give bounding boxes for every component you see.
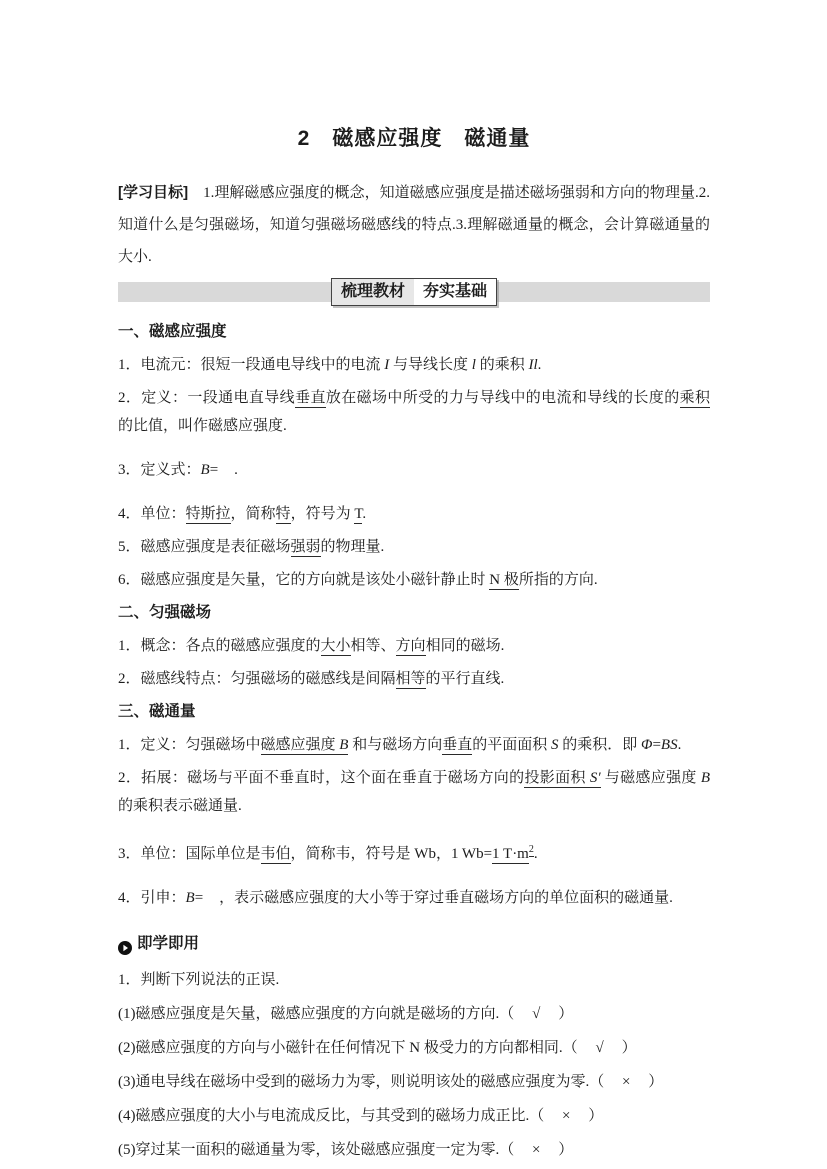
text-segment: 1 T·m [492,846,529,864]
text-segment: BS [661,737,678,753]
judgement-mark: × [619,1068,633,1096]
content-line: 4．单位：特斯拉，简称特，符号为 T. [118,500,710,528]
text-segment: 相等 [396,671,426,689]
judgement-paren-close: ） [543,1142,573,1158]
judgement-mark: √ [593,1034,607,1062]
text-segment: 垂直 [295,390,326,408]
text-segment: ，表示磁感应强度的大小等于穿过垂直磁场方向的单位面积的磁通量. [219,890,673,906]
text-segment: 5．磁感应强度是表征磁场 [118,539,291,555]
banner-label-right: 夯实基础 [414,279,496,305]
content-line: 4．引申：B=，表示磁感应强度的大小等于穿过垂直磁场方向的单位面积的磁通量. [118,884,710,912]
text-segment: . [538,357,542,373]
content-line: 2．磁感线特点：匀强磁场的磁感线是间隔相等的平行直线. [118,665,710,693]
text-segment: = [652,737,660,753]
text-segment: 的平行直线. [426,671,505,687]
text-segment: 2．定义：一段通电直导线 [118,390,295,406]
judgement-paren-close: ） [607,1040,637,1056]
text-segment: 乘积 [680,390,710,408]
text-segment: ，符号为 [291,506,355,522]
objectives-label: [学习目标] [118,184,188,201]
document-page: 2 磁感应强度 磁通量 [学习目标] 1.理解磁感应强度的概念，知道磁感应强度是… [0,0,827,1169]
text-segment: S′ [590,770,601,788]
content-line: 1．概念：各点的磁感应强度的大小相等、方向相同的磁场. [118,632,710,660]
play-circle-icon [118,937,132,951]
quick-check-intro: 1．判断下列说法的正误. [118,966,710,994]
text-segment: ，简称 [231,506,276,522]
judgement-paren-close: ） [633,1074,663,1090]
text-segment: 的物理量. [321,539,385,555]
content-line: 2．拓展：磁场与平面不垂直时，这个面在垂直于磁场方向的投影面积 S′ 与磁感应强… [118,764,710,820]
text-segment: B [701,770,710,786]
judgement-item: (5)穿过某一面积的磁通量为零，该处磁感应强度一定为零.（ × ） [118,1136,710,1164]
content-line: 1．电流元：很短一段通电导线中的电流 I 与导线长度 l 的乘积 Il. [118,351,710,379]
quick-check-items: (1)磁感应强度是矢量，磁感应强度的方向就是磁场的方向.（ √ ）(2)磁感应强… [118,1000,710,1164]
text-segment: . [234,462,238,478]
text-segment: 韦伯 [261,846,291,864]
text-segment: 相等、 [351,638,396,654]
text-segment: Il [528,357,537,373]
judgement-mark: × [529,1136,543,1164]
quick-check-heading: 即学即用 [118,930,710,958]
banner-box: 梳理教材 夯实基础 [331,278,497,306]
text-segment: 大小 [321,638,351,656]
text-segment: 和与磁场方向 [348,737,442,753]
text-segment: 放在磁场中所受的力与导线中的电流和导线的长度的 [326,390,680,406]
judgement-paren-close: ） [543,1006,573,1022]
text-segment: 与磁感应强度 [601,770,701,786]
text-segment: N 极 [489,572,519,590]
content-line: 5．磁感应强度是表征磁场强弱的物理量. [118,533,710,561]
text-segment: ，简称韦，符号是 Wb，1 Wb= [291,846,493,862]
judgement-text: (3)通电导线在磁场中受到的磁场力为零，则说明该处的磁感应强度为零.（ [118,1074,619,1090]
text-segment: 相同的磁场. [426,638,505,654]
judgement-text: (4)磁感应强度的大小与电流成反比，与其受到的磁场力成正比.（ [118,1108,559,1124]
judgement-text: (1)磁感应强度是矢量，磁感应强度的方向就是磁场的方向.（ [118,1006,529,1022]
content-line: 3．单位：国际单位是韦伯，简称韦，符号是 Wb，1 Wb=1 T·m2. [118,836,710,868]
text-segment: = [210,462,218,478]
text-segment: 1．电流元：很短一段通电导线中的电流 [118,357,384,373]
text-segment: 强弱 [291,539,321,557]
text-segment: 4．引申： [118,890,186,906]
text-segment: 特 [276,506,291,524]
text-segment: 与导线长度 [389,357,472,373]
text-segment: 垂直 [442,737,472,755]
text-segment: B [186,890,195,906]
text-segment: 一、磁感应强度 [118,323,227,340]
judgement-item: (3)通电导线在磁场中受到的磁场力为零，则说明该处的磁感应强度为零.（ × ） [118,1068,710,1096]
judgement-item: (4)磁感应强度的大小与电流成反比，与其受到的磁场力成正比.（ × ） [118,1102,710,1130]
text-segment: 投影面积 [524,770,589,788]
text-segment: 3．定义式： [118,462,201,478]
judgement-item: (1)磁感应强度是矢量，磁感应强度的方向就是磁场的方向.（ √ ） [118,1000,710,1028]
content-line: 3．定义式：B=. [118,456,710,484]
text-segment: 2．拓展：磁场与平面不垂直时，这个面在垂直于磁场方向的 [118,770,524,786]
text-segment: 的乘积表示磁通量. [118,798,242,814]
text-segment: S [551,737,559,753]
content-line: 6．磁感应强度是矢量，它的方向就是该处小磁针静止时 N 极所指的方向. [118,566,710,594]
text-segment: 的乘积 [476,357,529,373]
text-segment: 的比值，叫作磁感应强度. [118,418,287,434]
objectives-text: 1.理解磁感应强度的概念，知道磁感应强度是描述磁场强弱和方向的物理量.2.知道什… [118,185,710,265]
text-segment: 所指的方向. [519,572,598,588]
text-segment: 方向 [396,638,426,656]
section-heading: 二、匀强磁场 [118,599,710,627]
text-segment: 三、磁通量 [118,703,196,720]
text-segment: 磁感应强度 [261,737,340,755]
text-segment: . [362,506,366,522]
judgement-paren-close: ） [573,1108,603,1124]
text-segment: 6．磁感应强度是矢量，它的方向就是该处小磁针静止时 [118,572,489,588]
text-segment: B [201,462,210,478]
section-heading: 一、磁感应强度 [118,318,710,346]
text-segment: 二、匀强磁场 [118,604,211,621]
section-banner: 梳理教材 夯实基础 [118,282,710,302]
content-blocks: 一、磁感应强度1．电流元：很短一段通电导线中的电流 I 与导线长度 l 的乘积 … [118,318,710,912]
text-segment: 2．磁感线特点：匀强磁场的磁感线是间隔 [118,671,396,687]
judgement-item: (2)磁感应强度的方向与小磁针在任何情况下 N 极受力的方向都相同.（ √ ） [118,1034,710,1062]
section-heading: 三、磁通量 [118,698,710,726]
text-segment: 的乘积．即 [559,737,642,753]
banner-label-left: 梳理教材 [332,279,414,305]
quick-check-title: 即学即用 [137,930,199,958]
judgement-mark: × [559,1102,573,1130]
content-line: 1．定义：匀强磁场中磁感应强度 B 和与磁场方向垂直的平面面积 S 的乘积．即 … [118,731,710,759]
page-title: 2 磁感应强度 磁通量 [118,0,710,152]
text-segment: 特斯拉 [186,506,231,524]
judgement-text: (5)穿过某一面积的磁通量为零，该处磁感应强度一定为零.（ [118,1142,529,1158]
content-line: 2．定义：一段通电直导线垂直放在磁场中所受的力与导线中的电流和导线的长度的乘积的… [118,384,710,440]
text-segment: . [678,737,682,753]
text-segment: 1．概念：各点的磁感应强度的 [118,638,321,654]
text-segment: 3．单位：国际单位是 [118,846,261,862]
judgement-text: (2)磁感应强度的方向与小磁针在任何情况下 N 极受力的方向都相同.（ [118,1040,593,1056]
text-segment: Φ [641,737,652,753]
text-segment: 的平面面积 [472,737,551,753]
page-content: 2 磁感应强度 磁通量 [学习目标] 1.理解磁感应强度的概念，知道磁感应强度是… [0,0,827,1164]
text-segment: = [195,890,203,906]
learning-objectives: [学习目标] 1.理解磁感应强度的概念，知道磁感应强度是描述磁场强弱和方向的物理… [118,177,710,273]
text-segment: 4．单位： [118,506,186,522]
text-segment: . [534,846,538,862]
judgement-mark: √ [529,1000,543,1028]
text-segment: 1．定义：匀强磁场中 [118,737,261,753]
